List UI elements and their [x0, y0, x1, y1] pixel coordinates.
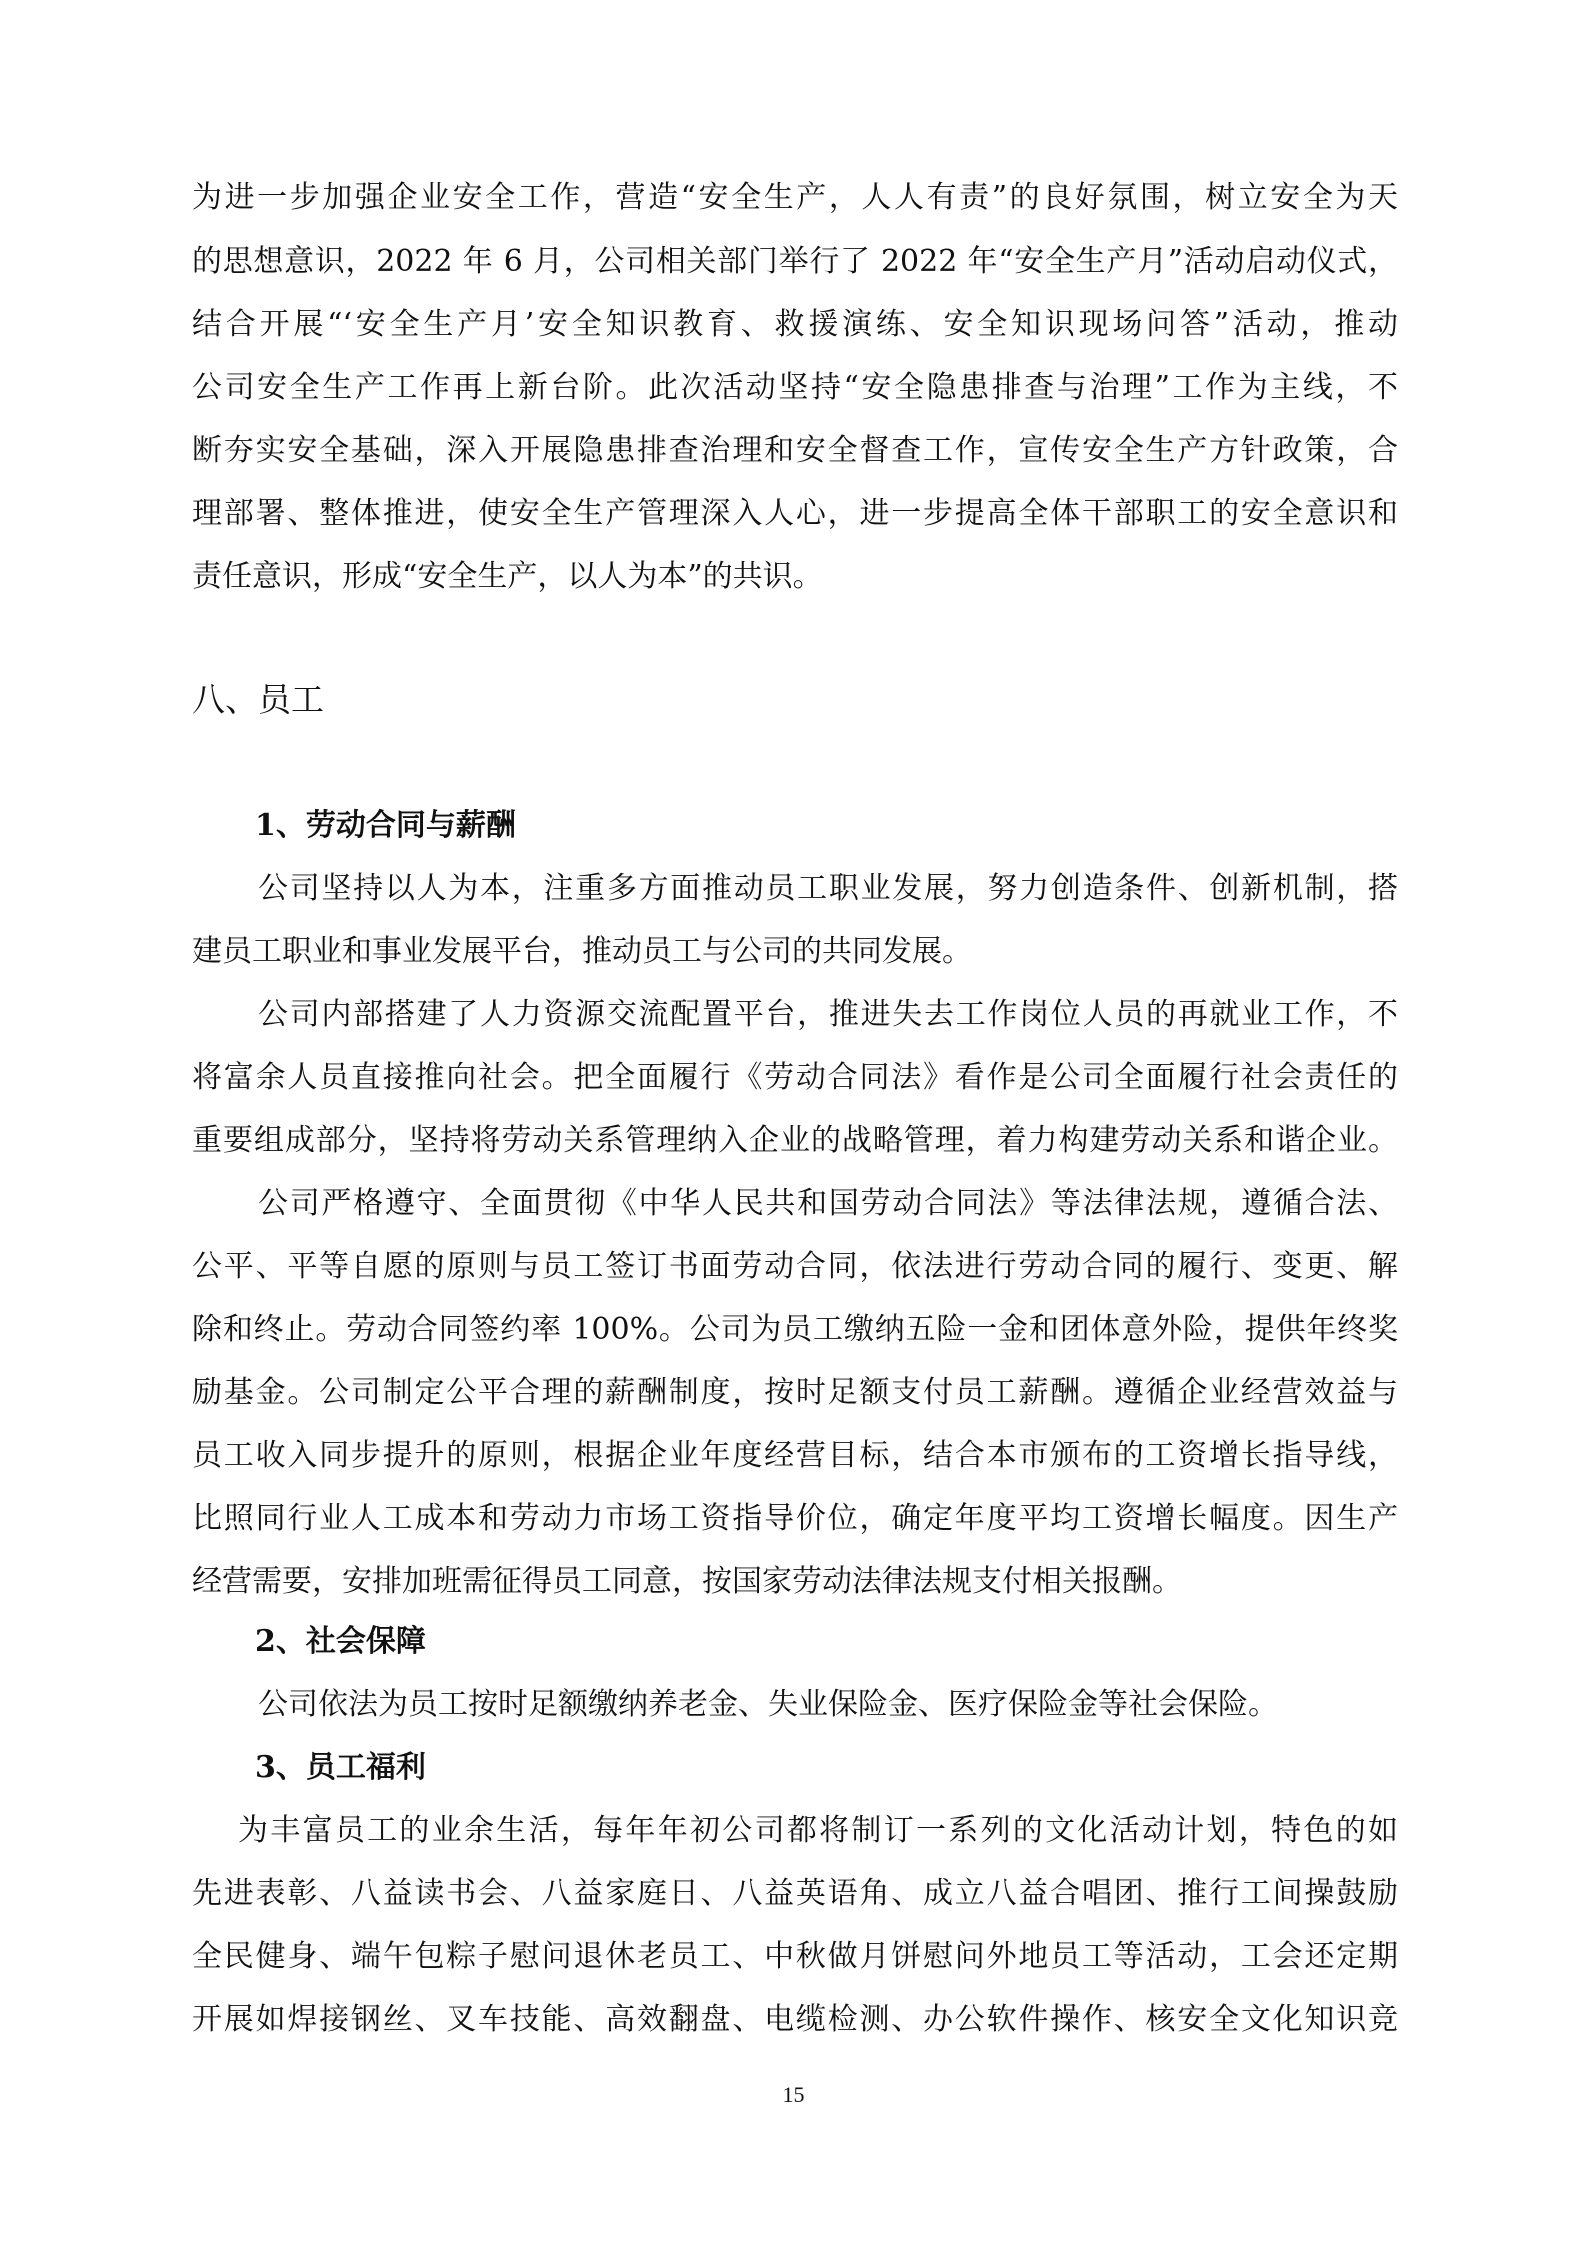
subsection-heading: 3、员工福利	[255, 1748, 426, 1788]
page-number: 15	[0, 2080, 1587, 2110]
paragraph-line: 责任意识，形成“安全生产，以人为本”的共识。	[192, 557, 1398, 597]
section-heading: 八、员工	[192, 680, 324, 720]
paragraph-line: 开展如焊接钢丝、叉车技能、高效翻盘、电缆检测、办公软件操作、核安全文化知识竞	[192, 2000, 1398, 2040]
paragraph-line: 公司坚持以人为本，注重多方面推动员工职业发展，努力创造条件、创新机制，搭	[258, 869, 1398, 909]
paragraph-line: 结合开展“‘安全生产月’安全知识教育、救援演练、安全知识现场问答”活动，推动	[192, 305, 1398, 345]
paragraph-line: 理部署、整体推进，使安全生产管理深入人心，进一步提高全体干部职工的安全意识和	[192, 494, 1398, 534]
paragraph-line: 公司内部搭建了人力资源交流配置平台，推进失去工作岗位人员的再就业工作，不	[258, 995, 1398, 1035]
paragraph-line: 先进表彰、八益读书会、八益家庭日、八益英语角、成立八益合唱团、推行工间操鼓励	[192, 1874, 1398, 1914]
paragraph-line: 将富余人员直接推向社会。把全面履行《劳动合同法》看作是公司全面履行社会责任的	[192, 1058, 1398, 1098]
subsection-heading: 1、劳动合同与薪酬	[255, 806, 516, 846]
paragraph-line: 公司严格遵守、全面贯彻《中华人民共和国劳动合同法》等法律法规，遵循合法、	[258, 1184, 1398, 1224]
paragraph-line: 比照同行业人工成本和劳动力市场工资指导价位，确定年度平均工资增长幅度。因生产	[192, 1499, 1398, 1539]
subsection-heading: 2、社会保障	[255, 1622, 426, 1662]
paragraph-line: 励基金。公司制定公平合理的薪酬制度，按时足额支付员工薪酬。遵循企业经营效益与	[192, 1373, 1398, 1413]
paragraph-line: 公司安全生产工作再上新台阶。此次活动坚持“安全隐患排查与治理”工作为主线，不	[192, 368, 1398, 408]
paragraph-line: 公平、平等自愿的原则与员工签订书面劳动合同，依法进行劳动合同的履行、变更、解	[192, 1247, 1398, 1287]
paragraph-line: 除和终止。劳动合同签约率 100%。公司为员工缴纳五险一金和团体意外险，提供年终…	[192, 1310, 1398, 1350]
paragraph-line: 为丰富员工的业余生活，每年年初公司都将制订一系列的文化活动计划，特色的如	[238, 1811, 1398, 1851]
paragraph-line: 建员工职业和事业发展平台，推动员工与公司的共同发展。	[192, 932, 1398, 972]
paragraph-line: 员工收入同步提升的原则，根据企业年度经营目标，结合本市颁布的工资增长指导线，	[192, 1436, 1398, 1476]
paragraph-line: 公司依法为员工按时足额缴纳养老金、失业保险金、医疗保险金等社会保险。	[258, 1685, 1398, 1725]
paragraph-line: 经营需要，安排加班需征得员工同意，按国家劳动法律法规支付相关报酬。	[192, 1562, 1398, 1602]
paragraph-line: 为进一步加强企业安全工作，营造“安全生产，人人有责”的良好氛围，树立安全为天	[192, 178, 1398, 218]
paragraph-line: 的思想意识，2022 年 6 月，公司相关部门举行了 2022 年“安全生产月”…	[192, 242, 1398, 282]
document-page: 为进一步加强企业安全工作，营造“安全生产，人人有责”的良好氛围，树立安全为天 的…	[0, 0, 1587, 2245]
paragraph-line: 断夯实安全基础，深入开展隐患排查治理和安全督查工作，宣传安全生产方针政策，合	[192, 431, 1398, 471]
paragraph-line: 全民健身、端午包粽子慰问退休老员工、中秋做月饼慰问外地员工等活动，工会还定期	[192, 1937, 1398, 1977]
paragraph-line: 重要组成部分，坚持将劳动关系管理纳入企业的战略管理，着力构建劳动关系和谐企业。	[192, 1121, 1398, 1161]
